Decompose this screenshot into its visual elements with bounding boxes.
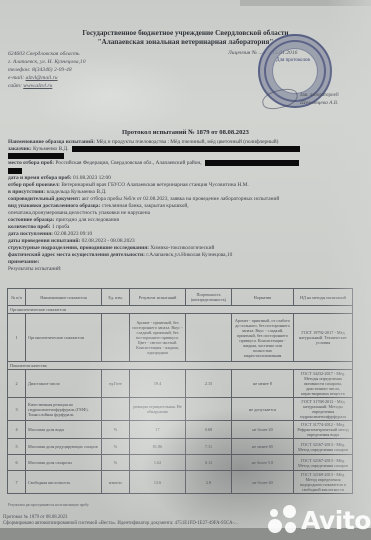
field-row: примечание: <box>8 259 363 266</box>
field-row: опечатана,пронумерована,целостность упак… <box>8 210 363 217</box>
field-row: вид упаковки доставленного образца: стек… <box>8 203 363 210</box>
section-title: Органолептические показатели <box>8 306 353 314</box>
cell-norm: не более 20 <box>232 421 294 439</box>
avito-watermark: Avito <box>268 503 371 537</box>
field-label: Наименование образца испытаний: <box>8 139 95 145</box>
field-label: дата и время отбора проб: <box>8 175 72 181</box>
cell-method: ГОСТ 32167-2013 - Мёд. Метод определения… <box>294 455 353 471</box>
cell-method: ГОСТ 31774-2012 - Мёд. Рефрактометрическ… <box>294 421 353 439</box>
field-row: структурные подразделения, проводившие и… <box>8 245 363 252</box>
cell-name: Массовая доля сахарозы <box>26 455 102 471</box>
field-value: Результаты испытаний: <box>8 266 62 272</box>
footnote: Результаты распространяются на испытанну… <box>8 503 89 507</box>
field-label: фактический адрес места осуществления де… <box>8 252 145 258</box>
field-row <box>8 168 363 175</box>
col-header-indicator: Наименование показателя <box>26 289 102 306</box>
cell-norm: не более 40 <box>232 471 294 494</box>
cell-name: Качественная реакция на гидроксиметилфур… <box>26 398 102 421</box>
field-value: Химико-токсикологический <box>149 245 214 251</box>
field-row: в присутствии: владельца Кузьменко В.Д. <box>8 189 363 196</box>
field-row: сопроводительный документ: акт отбора пр… <box>8 196 363 203</box>
cell-name: Массовая доля воды <box>26 421 102 439</box>
field-label: количество проб: <box>8 224 51 230</box>
field-value: Российская Федерация, Свердловская обл.,… <box>54 161 202 167</box>
field-row: даты проведения испытаний: 02.08.2023 - … <box>8 238 363 245</box>
field-label: заказчик: <box>8 146 32 152</box>
email-line: e-mail: alzvl@mail.ru <box>8 74 86 82</box>
field-label: вид упаковки доставленного образца: <box>8 203 100 209</box>
field-row: состояние образца: пригодно для исследов… <box>8 217 363 224</box>
redaction-bar <box>72 146 300 152</box>
cell-method: ГОСТ 32169-2013 - Мёд. Метод определения… <box>294 471 353 494</box>
field-row: дата поступления: 02.08.2023 09:10 <box>8 231 363 238</box>
field-row: количество проб: 1 проба <box>8 224 363 231</box>
table-section-row: Органолептические показатели <box>8 306 353 314</box>
table-section-row: Показатели качества <box>8 362 353 370</box>
cell-name: Массовая доля редуцирующих сахаров <box>26 439 102 455</box>
field-label: сопроводительный документ: <box>8 196 80 202</box>
field-value: стеклянная банка, закрытая крышкой, <box>100 203 188 209</box>
col-header-method: НД на методы испытаний <box>294 289 353 306</box>
cell-num: 2 <box>8 370 26 398</box>
cell-unit: % <box>102 455 130 471</box>
cell-unit: % <box>102 439 130 455</box>
cell-error: 0.68 <box>186 421 232 439</box>
table-row: 6Массовая доля сахарозы%1.620.12не более… <box>8 455 353 471</box>
cell-num: 5 <box>8 439 26 455</box>
cell-name: Диастазное число <box>26 370 102 398</box>
field-label: место отбора проб: <box>8 161 54 167</box>
field-value: Кузьменко В.Д. <box>32 146 69 152</box>
redaction-bar <box>8 153 64 159</box>
field-row: Наименование образца испытаний: Мёд и пр… <box>8 139 363 146</box>
cell-method: ГОСТ 19792-2017 - Мёд натуральный. Техни… <box>294 314 353 362</box>
cell-name: Органолептические показатели <box>26 314 102 362</box>
cell-unit: % <box>102 421 130 439</box>
signer-name: Шелковцева А.В. <box>300 100 338 106</box>
table-row: 2Диастазное числоед.Готе19.42.15не менее… <box>8 370 353 398</box>
field-row: дата и время отбора проб: 01.08.2023 12:… <box>8 175 363 182</box>
cell-norm: не менее 65 <box>232 439 294 455</box>
cell-num: 7 <box>8 471 26 494</box>
cell-error <box>186 398 232 421</box>
cell-result: реакция отрицательная. Не обнаружено <box>130 398 186 421</box>
cell-norm: Аромат - приятный, от слабого до сильног… <box>232 314 294 362</box>
field-label: даты проведения испытаний: <box>8 238 80 244</box>
email-link[interactable]: alzvl@mail.ru <box>26 75 58 81</box>
cell-method: ГОСТ 32167-2013 - Мёд. Метод определения… <box>294 439 353 455</box>
cell-norm: не менее 8 <box>232 370 294 398</box>
cell-method: ГОСТ 31768-2012 - Мёд натуральный. Метод… <box>294 398 353 421</box>
cell-num: 4 <box>8 421 26 439</box>
cell-error: 7.11 <box>186 439 232 455</box>
col-header-number: № п/п <box>8 289 26 306</box>
table-row: 3Качественная реакция на гидроксиметилфу… <box>8 398 353 421</box>
field-row <box>8 153 363 160</box>
cell-unit: мэкв/кг <box>102 471 130 494</box>
table-row: 5Массовая доля редуцирующих сахаров%81.8… <box>8 439 353 455</box>
cell-result: 1.62 <box>130 455 186 471</box>
background-edge <box>240 0 371 6</box>
site-line: сайт: www.alzvl.ru <box>8 82 86 90</box>
field-value: опечатана,пронумерована,целостность упак… <box>8 210 150 216</box>
redaction-bar <box>8 168 22 174</box>
cell-unit <box>102 314 130 362</box>
field-value: 02.08.2023 09:10 <box>53 231 92 237</box>
address-block: 624603 Свердловская область г. Алапаевск… <box>8 50 86 90</box>
cell-unit: ед.Готе <box>102 370 130 398</box>
field-value: 1 проба <box>51 224 70 230</box>
field-value: владельца Кузьменко В.Д. <box>45 189 106 195</box>
redaction-bar <box>205 160 299 166</box>
cell-result: 17 <box>130 421 186 439</box>
phone-line: телефон: 8(34346) 2-09-48 <box>8 66 86 74</box>
cell-error: 0.12 <box>186 455 232 471</box>
cell-name: Свободная кислотность <box>26 471 102 494</box>
field-label: состояние образца: <box>8 217 54 223</box>
avito-wordmark: Avito <box>301 506 371 535</box>
field-label: дата поступления: <box>8 231 53 237</box>
col-header-error: Погрешность (неопределенность) <box>186 289 232 306</box>
field-row: заказчик: Кузьменко В.Д. <box>8 146 363 153</box>
cell-error <box>186 314 232 362</box>
address-line: г. Алапаевск, ул. Н. Кузнецова,10 <box>8 58 86 66</box>
site-link[interactable]: www.alzvl.ru <box>23 83 52 89</box>
cell-num: 3 <box>8 398 26 421</box>
cell-num: 1 <box>8 314 26 362</box>
col-header-norm: Норматив <box>232 289 294 306</box>
organization-name: Государственное бюджетное учреждение Све… <box>0 29 371 38</box>
cell-result: 19.4 <box>130 370 186 398</box>
field-row: отбор проб произвел: Ветеринарный врач Г… <box>8 182 363 189</box>
field-value: г.Алапаевск,ул.Николая Кузнецова,10 <box>145 252 232 258</box>
field-row: место отбора проб: Российская Федерация,… <box>8 160 363 167</box>
field-value: акт отбора пробы №б/н от 02.08.2023, зая… <box>80 196 279 202</box>
section-title: Показатели качества <box>8 362 353 370</box>
field-row: фактический адрес места осуществления де… <box>8 252 363 259</box>
cell-result: Аромат - приятный, без постороннего запа… <box>130 314 186 362</box>
address-line: 624603 Свердловская область <box>8 50 86 58</box>
cell-norm: не допускается <box>232 398 294 421</box>
avito-logo-icon <box>268 505 298 535</box>
sample-fields: Наименование образца испытаний: Мёд и пр… <box>8 139 363 273</box>
table-row: 1Органолептические показателиАромат - пр… <box>8 314 353 362</box>
protocol-title: Протокол испытаний № 1879 от 08.08.2023 <box>0 129 371 136</box>
table-row: 7Свободная кислотностьмэкв/кг13.62.8не б… <box>8 471 353 494</box>
results-table: № п/п Наименование показателя Ед. изм. Р… <box>7 288 353 494</box>
field-label: в присутствии: <box>8 189 45 195</box>
cell-error: 2.15 <box>186 370 232 398</box>
field-label: структурные подразделения, проводившие и… <box>8 245 149 251</box>
table-row: 4Массовая доля воды%170.68не более 20ГОС… <box>8 421 353 439</box>
cell-error: 2.8 <box>186 471 232 494</box>
field-row: Результаты испытаний: <box>8 266 363 273</box>
field-value: Ветеринарный врач ГБУСО Алапаевская вете… <box>60 182 249 188</box>
signer-title: Зав. лабораторией <box>300 93 339 98</box>
cell-norm: не более 5.0 <box>232 455 294 471</box>
cell-method: ГОСТ 34232-2017 - Мёд. Методы определени… <box>294 370 353 398</box>
footer-system-note: Сформировано автоматизированной системой… <box>3 521 238 527</box>
document-footer: Протокол № 1879 от 08.08.2023 Сформирова… <box>3 515 238 527</box>
field-value: 02.08.2023 - 08.08.2023 <box>80 238 134 244</box>
cell-result: 81.86 <box>130 439 186 455</box>
field-label: отбор проб произвел: <box>8 182 60 188</box>
col-header-unit: Ед. изм. <box>102 289 130 306</box>
stamp-text: Для протоколов <box>272 58 314 64</box>
field-value: Мёд и продукты пчеловодства : Мёд пчелин… <box>95 139 278 145</box>
field-value: 01.08.2023 12:00 <box>72 175 111 181</box>
cell-result: 13.6 <box>130 471 186 494</box>
table-header-row: № п/п Наименование показателя Ед. изм. Р… <box>8 289 353 306</box>
col-header-result: Результат испытаний <box>130 289 186 306</box>
cell-unit <box>102 398 130 421</box>
cell-num: 6 <box>8 455 26 471</box>
field-label: примечание: <box>8 259 39 265</box>
field-value: пригодно для исследования <box>54 217 119 223</box>
